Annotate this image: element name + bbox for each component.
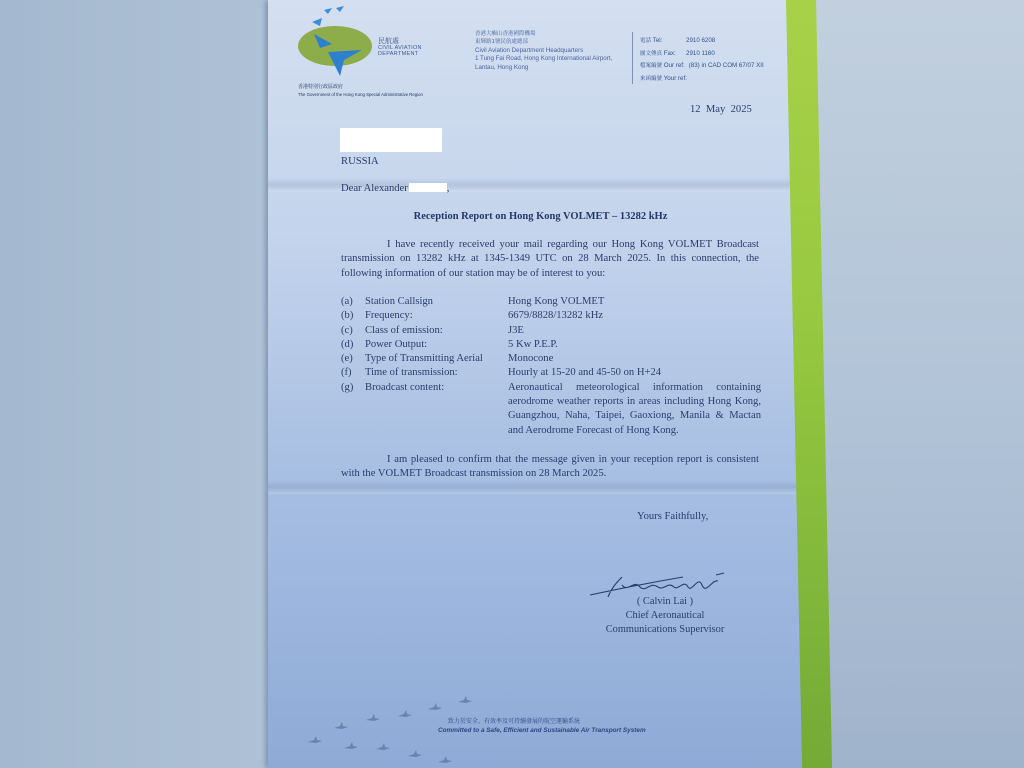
department-name-en-line2: Department — [378, 51, 422, 57]
contact-fax: 圖文傳真 Fax:2910 1160 — [640, 48, 764, 61]
recipient-country: RUSSIA — [341, 155, 379, 169]
list-item: (c)Class of emission:J3E — [341, 324, 761, 338]
list-item: (d)Power Output:5 Kw P.E.P. — [341, 338, 761, 352]
letter-page: 民航處 Civil Aviation Department 香港特別行政區政府 … — [268, 0, 813, 768]
salutation: Dear Alexander, — [341, 182, 449, 196]
bird-icon — [308, 736, 322, 744]
signatory-title-line1: Chief Aeronautical — [590, 609, 740, 623]
bird-icon — [458, 696, 472, 704]
address-en-line3: Lantau, Hong Kong — [475, 64, 612, 72]
signatory-title-line2: Communications Supervisor — [590, 623, 740, 637]
bird-icon — [438, 756, 452, 764]
government-name-cn: 香港特別行政區政府 — [298, 83, 343, 90]
bird-icon — [344, 742, 358, 750]
letter-date: 12 May 2025 — [690, 103, 752, 117]
bird-icon — [376, 743, 390, 751]
list-item: (f)Time of transmission:Hourly at 15-20 … — [341, 366, 761, 380]
contact-tel: 電話 Tel:2910 6208 — [640, 35, 764, 48]
background-surface — [815, 0, 1024, 768]
list-item: (b)Frequency:6679/8828/13282 kHz — [341, 309, 761, 323]
contact-block: 電話 Tel:2910 6208 圖文傳真 Fax:2910 1160 檔案編號… — [640, 35, 764, 85]
footer-slogan-cn: 致力於安全、有效率及可持續發展的航空運輸系統 — [448, 716, 580, 725]
cad-logo: 民航處 Civil Aviation Department — [298, 4, 428, 82]
bird-emblem-icon — [298, 4, 378, 82]
bird-icon — [366, 714, 380, 722]
redacted-surname — [409, 183, 447, 192]
intro-paragraph: I have recently received your mail regar… — [341, 238, 759, 281]
contact-our-ref: 檔案編號 Our ref:(83) in CAD COM 67/07 XII — [640, 60, 764, 73]
station-info-list: (a)Station CallsignHong Kong VOLMET (b)F… — [341, 295, 761, 438]
footer-slogan-en: Committed to a Safe, Efficient and Susta… — [438, 727, 646, 734]
address-en-line2: 1 Tung Fai Road, Hong Kong International… — [475, 55, 612, 63]
address-en-line1: Civil Aviation Department Headquarters — [475, 47, 612, 55]
paper-fold — [268, 480, 813, 494]
bird-icon — [408, 750, 422, 758]
address-cn-line2: 東輝路1號民航處總部 — [475, 38, 612, 46]
list-item: (g)Broadcast content:Aeronautical meteor… — [341, 381, 761, 438]
header-divider — [632, 32, 633, 84]
address-block: 香港大嶼山香港國際機場 東輝路1號民航處總部 Civil Aviation De… — [475, 30, 612, 72]
department-name-en: Civil Aviation Department — [378, 45, 422, 57]
redacted-address — [340, 128, 442, 152]
bird-icon — [334, 722, 348, 730]
contact-your-ref: 來函編號 Your ref: — [640, 73, 764, 86]
government-name-en: The Government of the Hong Kong Special … — [298, 92, 423, 97]
address-cn-line1: 香港大嶼山香港國際機場 — [475, 30, 612, 38]
confirmation-paragraph: I am pleased to confirm that the message… — [341, 453, 759, 482]
list-item: (e)Type of Transmitting AerialMonocone — [341, 352, 761, 366]
bird-icon — [398, 710, 412, 718]
bird-icon — [428, 703, 442, 711]
list-item: (a)Station CallsignHong Kong VOLMET — [341, 295, 761, 309]
letter-subject: Reception Report on Hong Kong VOLMET – 1… — [268, 211, 813, 222]
closing: Yours Faithfully, — [637, 510, 708, 524]
signatory-name: ( Calvin Lai ) — [590, 595, 740, 609]
